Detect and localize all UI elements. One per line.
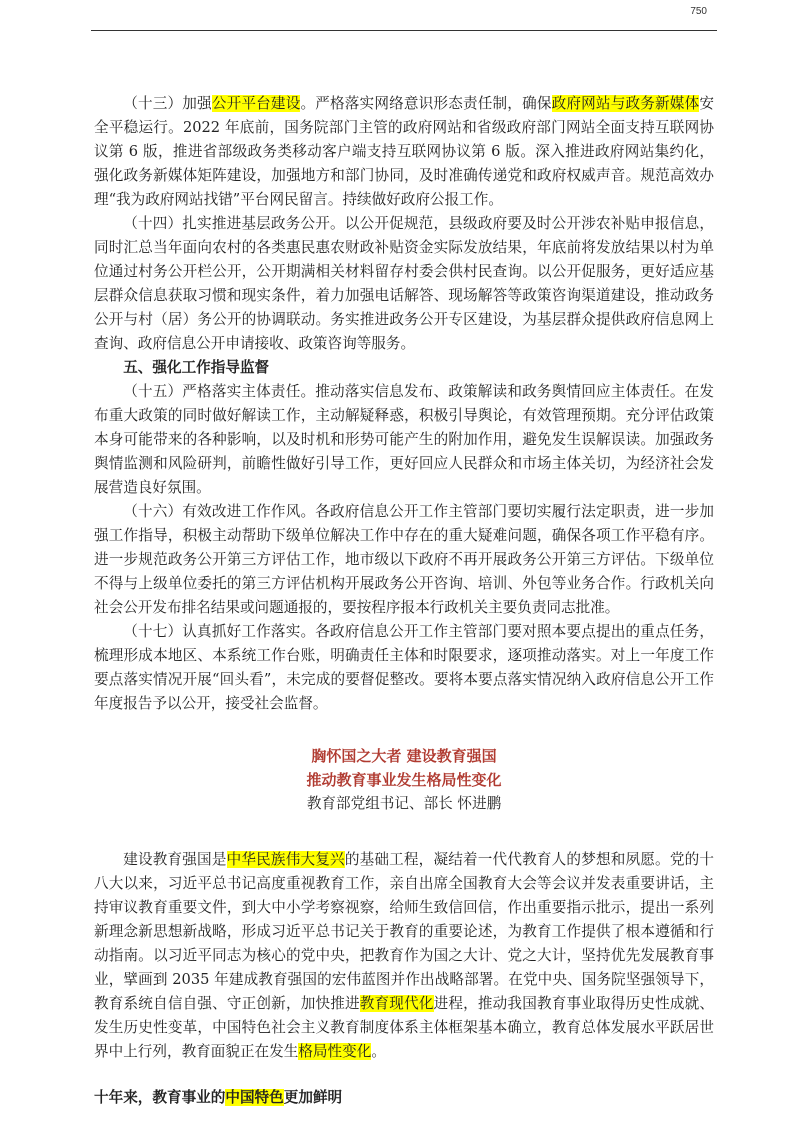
- highlight-national-rejuvenation: 中华民族伟大复兴: [227, 851, 345, 868]
- spacer: [94, 816, 714, 848]
- article-byline: 教育部党组书记、部长 怀进鹏: [94, 792, 714, 816]
- paragraph-14-lead: （十四）扎实推进基层政务公开: [123, 215, 330, 232]
- article-title-line-1: 胸怀国之大者 建设教育强国: [94, 744, 714, 768]
- article-subheading: 十年来，教育事业的中国特色更加鲜明: [94, 1086, 714, 1110]
- paragraph-16: （十六）有效改进工作作风。各政府信息公开工作主管部门要切实履行法定职责，进一步加…: [94, 500, 714, 620]
- paragraph-13-text-1: 。严格落实网络意识形态责任制，确保: [300, 95, 551, 112]
- article-text-2: 的基础工程，凝结着一代代教育人的梦想和夙愿。党的十八大以来，习近平总书记高度重视…: [94, 851, 714, 1012]
- highlight-public-platform: 公开平台建设: [212, 95, 301, 112]
- paragraph-14-text: 。以公开促规范，县级政府要及时公开涉农补贴申报信息，同时汇总当年面向农村的各类惠…: [94, 215, 714, 352]
- article-paragraph-1: 建设教育强国是中华民族伟大复兴的基础工程，凝结着一代代教育人的梦想和夙愿。党的十…: [94, 848, 714, 1064]
- document-body: （十三）加强公开平台建设。严格落实网络意识形态责任制，确保政府网站与政务新媒体安…: [94, 92, 714, 1110]
- paragraph-13-lead: （十三）加强: [123, 95, 212, 112]
- section-heading-5: 五、强化工作指导监督: [94, 356, 714, 380]
- article-title-line-2: 推动教育事业发生格局性变化: [94, 768, 714, 792]
- paragraph-15-lead: （十五）严格落实主体责任: [123, 383, 300, 400]
- spacer: [94, 716, 714, 744]
- paragraph-13: （十三）加强公开平台建设。严格落实网络意识形态责任制，确保政府网站与政务新媒体安…: [94, 92, 714, 212]
- spacer: [94, 1064, 714, 1086]
- article-text-4: 。: [371, 1043, 386, 1060]
- paragraph-16-lead: （十六）有效改进工作作风: [123, 503, 300, 520]
- article-text-1: 建设教育强国是: [123, 851, 226, 868]
- highlight-structural-change: 格局性变化: [298, 1043, 371, 1060]
- paragraph-17-lead: （十七）认真抓好工作落实: [123, 623, 300, 640]
- page-number: 750: [690, 6, 707, 17]
- highlight-gov-websites: 政府网站与政务新媒体: [552, 95, 700, 112]
- paragraph-15: （十五）严格落实主体责任。推动落实信息发布、政策解读和政务舆情回应主体责任。在发…: [94, 380, 714, 500]
- subheading-text-1: 十年来，教育事业的: [94, 1089, 225, 1106]
- subheading-text-2: 更加鲜明: [284, 1089, 342, 1106]
- header-rule: [91, 30, 717, 31]
- highlight-chinese-characteristics: 中国特色: [225, 1089, 283, 1106]
- highlight-education-modernization: 教育现代化: [360, 995, 434, 1012]
- paragraph-17: （十七）认真抓好工作落实。各政府信息公开工作主管部门要对照本要点提出的重点任务，…: [94, 620, 714, 716]
- paragraph-14: （十四）扎实推进基层政务公开。以公开促规范，县级政府要及时公开涉农补贴申报信息，…: [94, 212, 714, 356]
